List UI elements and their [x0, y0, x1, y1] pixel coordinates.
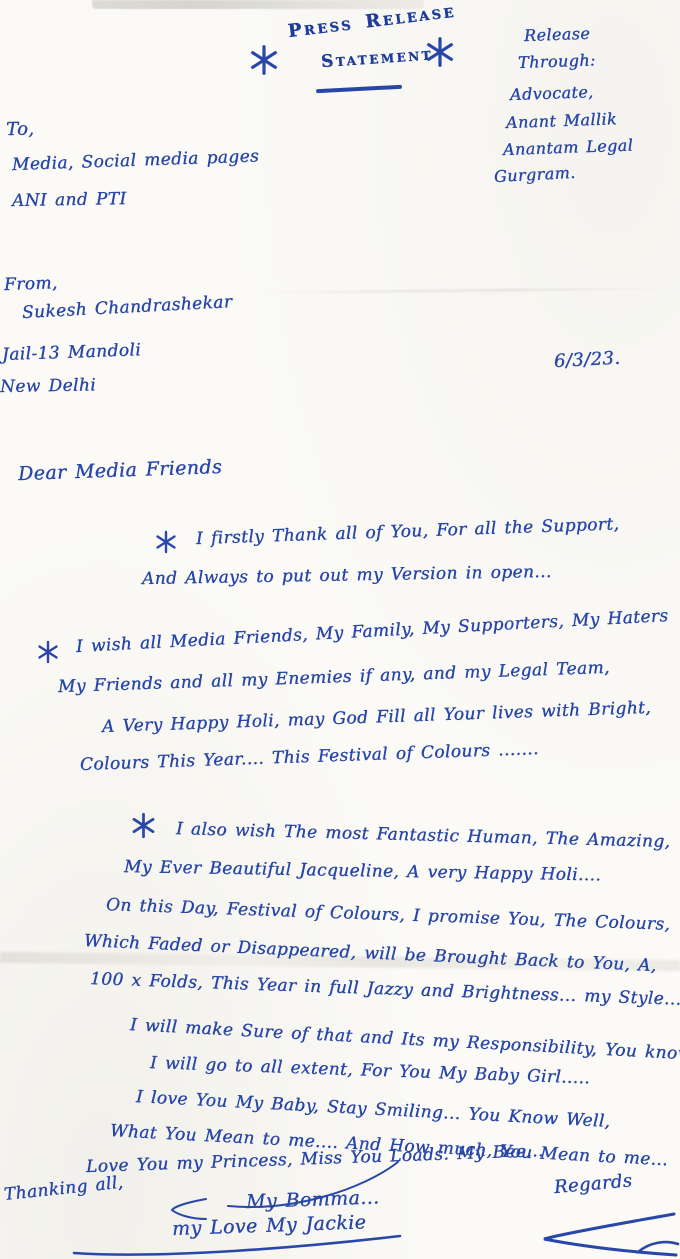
asterisk-icon — [36, 640, 60, 664]
release-through-line: Through: — [518, 51, 596, 71]
release-through-line: Release — [524, 25, 591, 45]
title-underline — [316, 85, 402, 93]
para3-line: I will go to all extent, For You My Baby… — [150, 1054, 591, 1088]
para1-line: And Always to put out my Version in open… — [142, 563, 552, 589]
paper-crease — [258, 287, 680, 294]
asterisk-icon — [130, 812, 157, 839]
signature-tail — [636, 1236, 680, 1256]
asterisk-icon — [248, 44, 280, 76]
salutation: Dear Media Friends — [18, 457, 223, 485]
para3-line: I love You My Baby, Stay Smiling... You … — [136, 1088, 611, 1132]
asterisk-icon — [424, 36, 456, 68]
handwritten-letter-page: Press Release Statement Release Through:… — [0, 0, 680, 1259]
closing-regards: Regards — [553, 1171, 633, 1198]
para2-line: A Very Happy Holi, may God Fill all Your… — [102, 699, 652, 737]
para2-line: I wish all Media Friends, My Family, My … — [76, 607, 669, 657]
release-through-line: Anantam Legal — [503, 136, 634, 158]
para2-line: Colours This Year.... This Festival of C… — [80, 740, 539, 775]
recipient-line: To, — [6, 120, 35, 140]
sender-line: From, — [4, 274, 58, 295]
para1-line: I firstly Thank all of You, For all the … — [196, 515, 620, 548]
para3-line: My Ever Beautiful Jacqueline, A very Hap… — [124, 858, 601, 885]
underline-flourish — [70, 1232, 404, 1259]
para3-line: On this Day, Festival of Colours, I prom… — [106, 896, 671, 934]
sender-line: Jail-13 Mandoli — [2, 341, 142, 365]
para2-line: My Friends and all my Enemies if any, an… — [58, 659, 610, 697]
swash-stroke — [168, 1196, 210, 1224]
date: 6/3/23. — [553, 349, 620, 372]
para3-line: I also wish The most Fantastic Human, Th… — [176, 820, 671, 852]
recipient-line: ANI and PTI — [12, 190, 127, 211]
sender-line: New Delhi — [0, 376, 96, 396]
release-through-line: Gurgram. — [494, 164, 576, 186]
sender-line: Sukesh Chandrashekar — [22, 293, 233, 323]
scan-smudge — [92, 0, 424, 9]
asterisk-icon — [154, 530, 178, 554]
release-through-line: Anant Mallik — [506, 110, 618, 131]
closing-thanks: Thanking all, — [3, 1174, 124, 1205]
swash-stroke — [222, 1158, 404, 1212]
statement-title: Statement — [320, 45, 433, 71]
para3-line: 100 x Folds, This Year in full Jazzy and… — [90, 970, 680, 1009]
release-through-line: Advocate, — [510, 83, 594, 103]
recipient-line: Media, Social media pages — [12, 147, 260, 174]
para3-line: Which Faded or Disappeared, will be Brou… — [84, 932, 657, 976]
